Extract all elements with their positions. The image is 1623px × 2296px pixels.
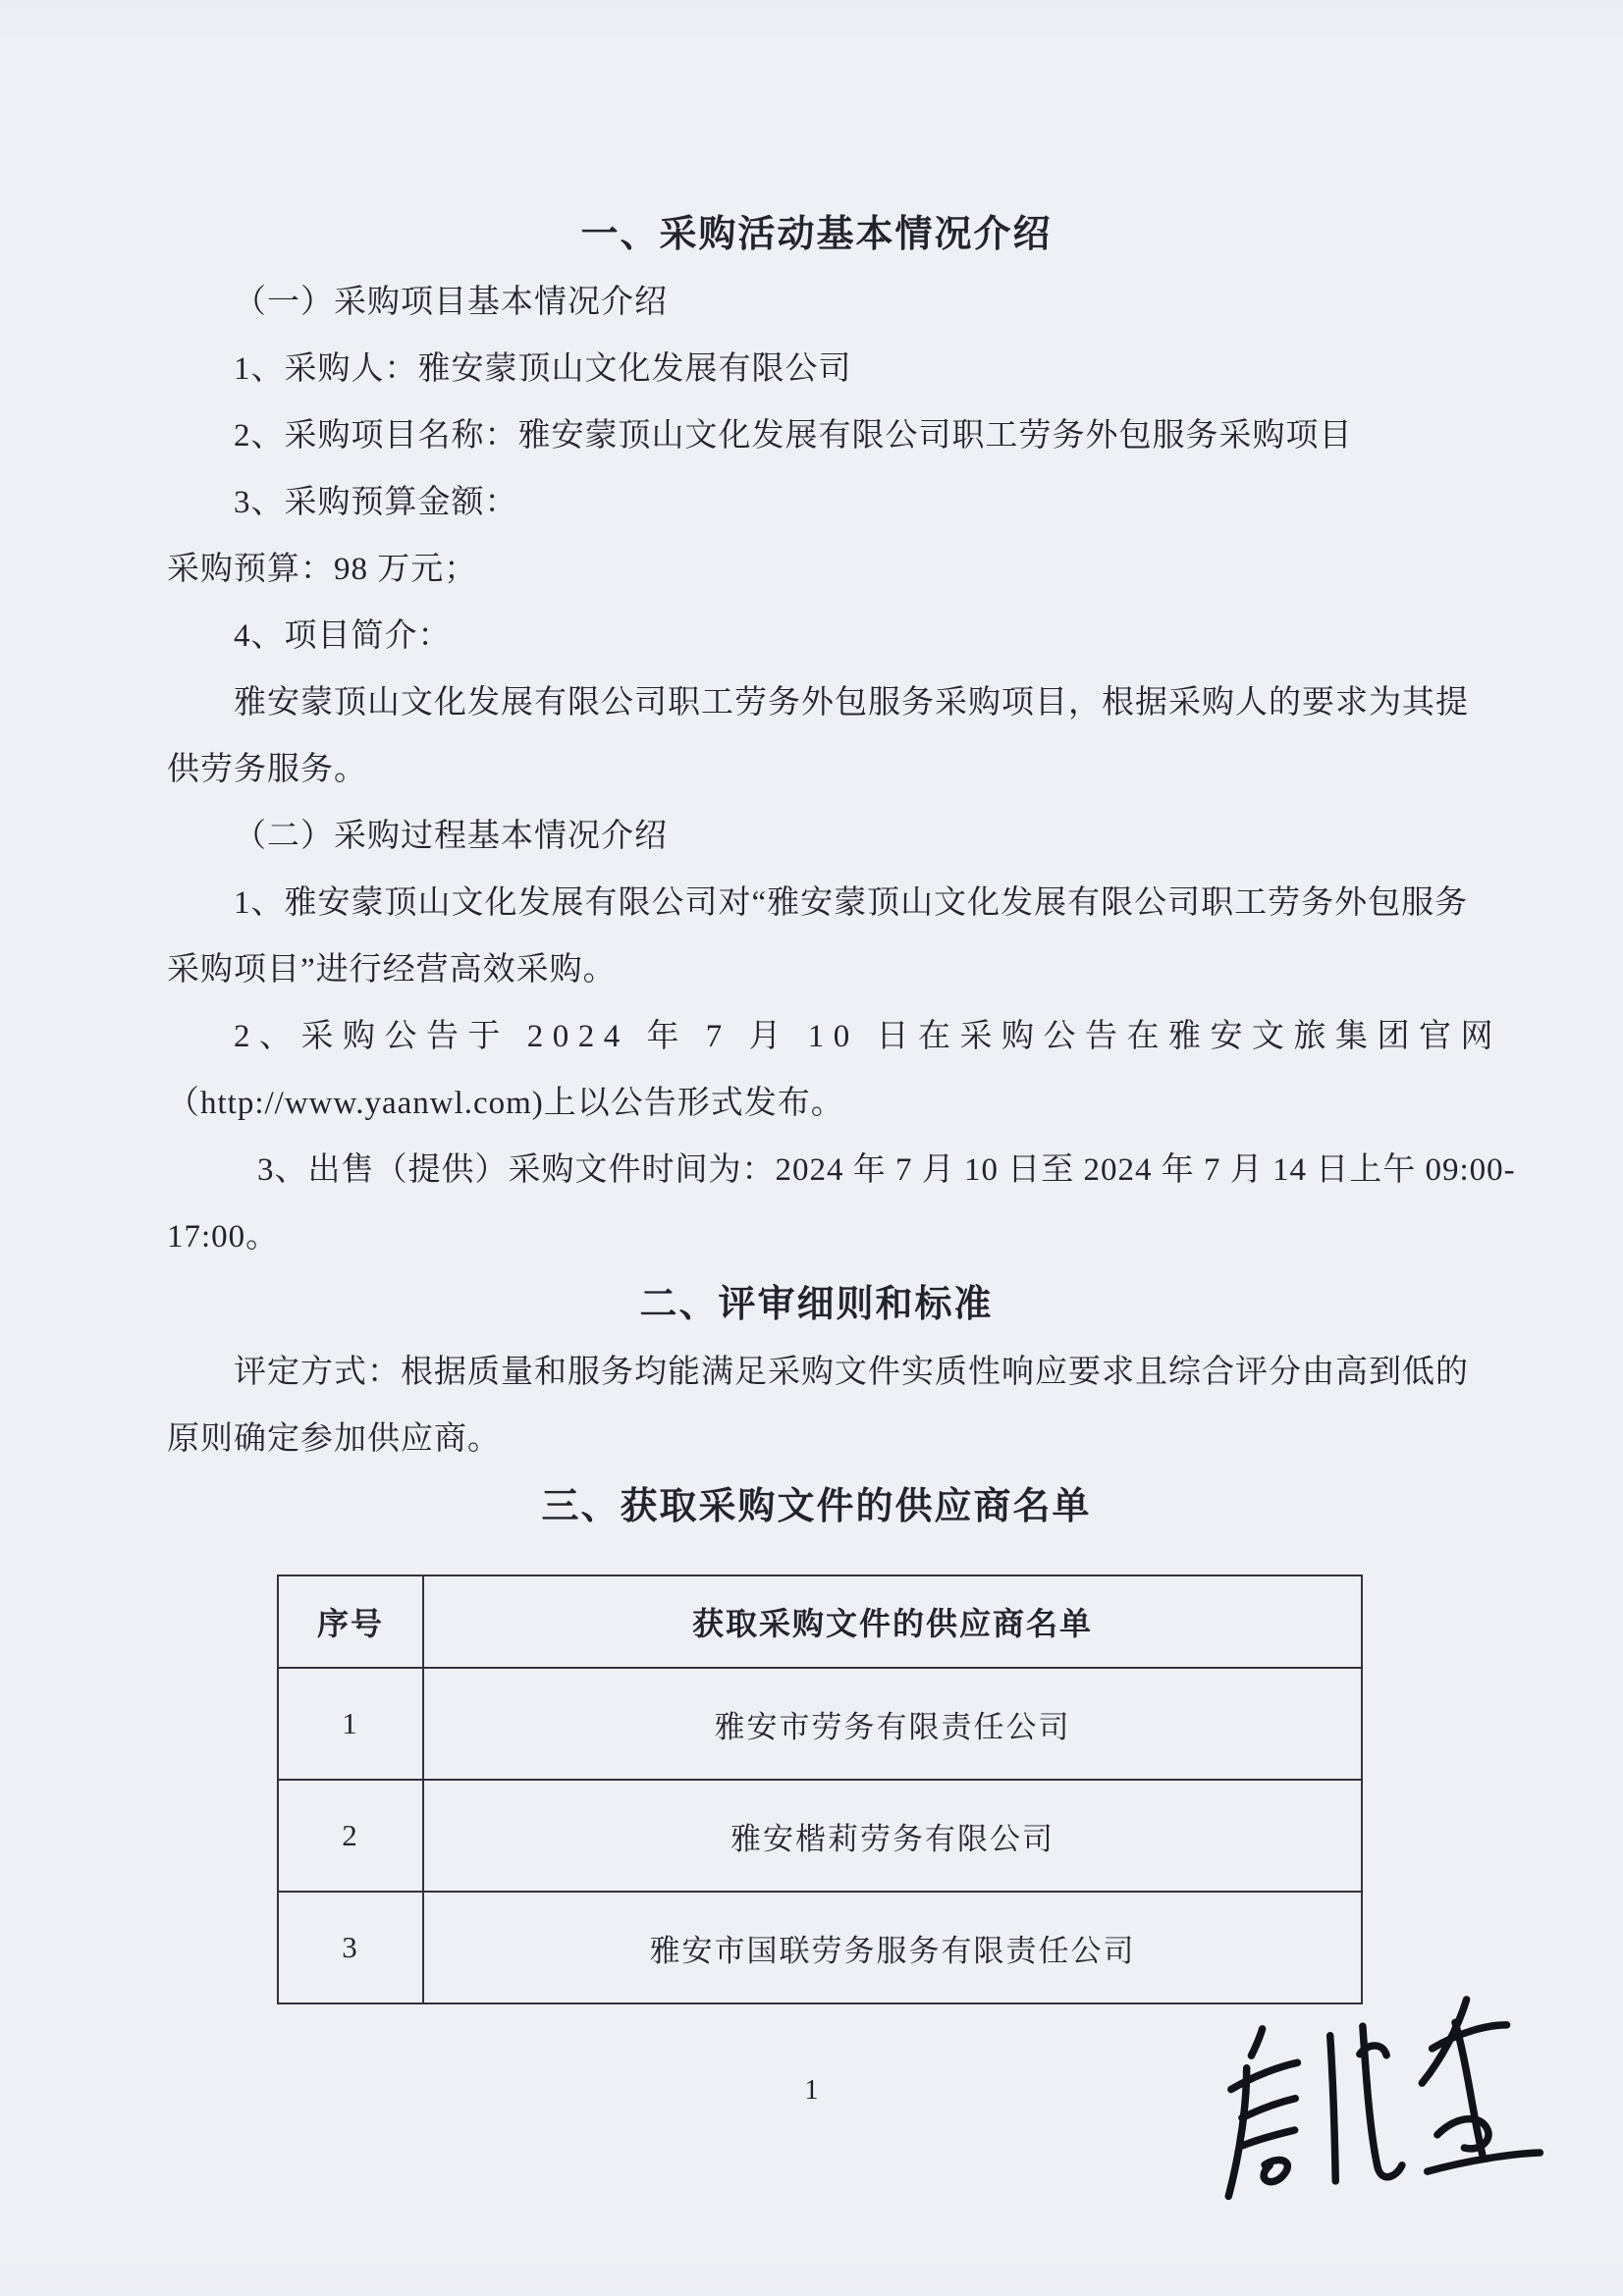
supplier-no: 3 xyxy=(278,1892,423,2003)
para-evaluation-line2: 原则确定参加供应商。 xyxy=(167,1406,1466,1472)
supplier-no: 1 xyxy=(278,1668,423,1780)
para-intro-line1: 雅安蒙顶山文化发展有限公司职工劳务外包服务采购项目，根据采购人的要求为其提 xyxy=(167,669,1466,736)
para-sale-time-line2: 17:00。 xyxy=(167,1203,1466,1270)
section-heading-1: 一、采购活动基本情况介绍 xyxy=(167,200,1466,269)
signature-ink xyxy=(1183,1983,1556,2287)
para-budget-value: 采购预算：98 万元； xyxy=(167,536,1466,603)
table-header-no: 序号 xyxy=(278,1575,423,1668)
supplier-name: 雅安楷莉劳务有限公司 xyxy=(423,1780,1362,1892)
table-header-row: 序号 获取采购文件的供应商名单 xyxy=(278,1575,1362,1668)
section-heading-2: 二、评审细则和标准 xyxy=(167,1270,1466,1339)
handwritten-signature: 唐鹏程 xyxy=(1183,1983,1556,2287)
table-row: 2 雅安楷莉劳务有限公司 xyxy=(278,1780,1362,1892)
supplier-table: 序号 获取采购文件的供应商名单 1 雅安市劳务有限责任公司 2 雅安楷莉劳务有限… xyxy=(277,1575,1363,2004)
para-intro-label: 4、项目简介： xyxy=(167,603,1466,669)
document-body: 一、采购活动基本情况介绍 （一）采购项目基本情况介绍 1、采购人：雅安蒙顶山文化… xyxy=(167,200,1466,2004)
para-project-name: 2、采购项目名称：雅安蒙顶山文化发展有限公司职工劳务外包服务采购项目 xyxy=(167,402,1466,469)
table-header-name: 获取采购文件的供应商名单 xyxy=(423,1575,1362,1668)
subsection-heading-1-2: （二）采购过程基本情况介绍 xyxy=(167,803,1466,870)
para-budget-label: 3、采购预算金额： xyxy=(167,469,1466,536)
subsection-heading-1-1: （一）采购项目基本情况介绍 xyxy=(167,269,1466,336)
para-process-1-line2: 采购项目”进行经营高效采购。 xyxy=(167,936,1466,1003)
scanned-document-page: 一、采购活动基本情况介绍 （一）采购项目基本情况介绍 1、采购人：雅安蒙顶山文化… xyxy=(0,0,1623,2296)
para-intro-line2: 供劳务服务。 xyxy=(167,736,1466,803)
supplier-name: 雅安市劳务有限责任公司 xyxy=(423,1668,1362,1780)
table-row: 1 雅安市劳务有限责任公司 xyxy=(278,1668,1362,1780)
para-process-1-line1: 1、雅安蒙顶山文化发展有限公司对“雅安蒙顶山文化发展有限公司职工劳务外包服务 xyxy=(167,870,1466,936)
supplier-no: 2 xyxy=(278,1780,423,1892)
para-sale-time-line1: 3、出售（提供）采购文件时间为：2024 年 7 月 10 日至 2024 年 … xyxy=(167,1137,1466,1203)
para-purchaser: 1、采购人：雅安蒙顶山文化发展有限公司 xyxy=(167,336,1466,402)
para-announcement-line1: 2、采购公告于 2024 年 7 月 10 日在采购公告在雅安文旅集团官网 xyxy=(167,1003,1466,1070)
para-announcement-line2: （http://www.yaanwl.com)上以公告形式发布。 xyxy=(167,1070,1466,1137)
para-evaluation-line1: 评定方式：根据质量和服务均能满足采购文件实质性响应要求且综合评分由高到低的 xyxy=(167,1339,1466,1406)
section-heading-3: 三、获取采购文件的供应商名单 xyxy=(167,1472,1466,1541)
